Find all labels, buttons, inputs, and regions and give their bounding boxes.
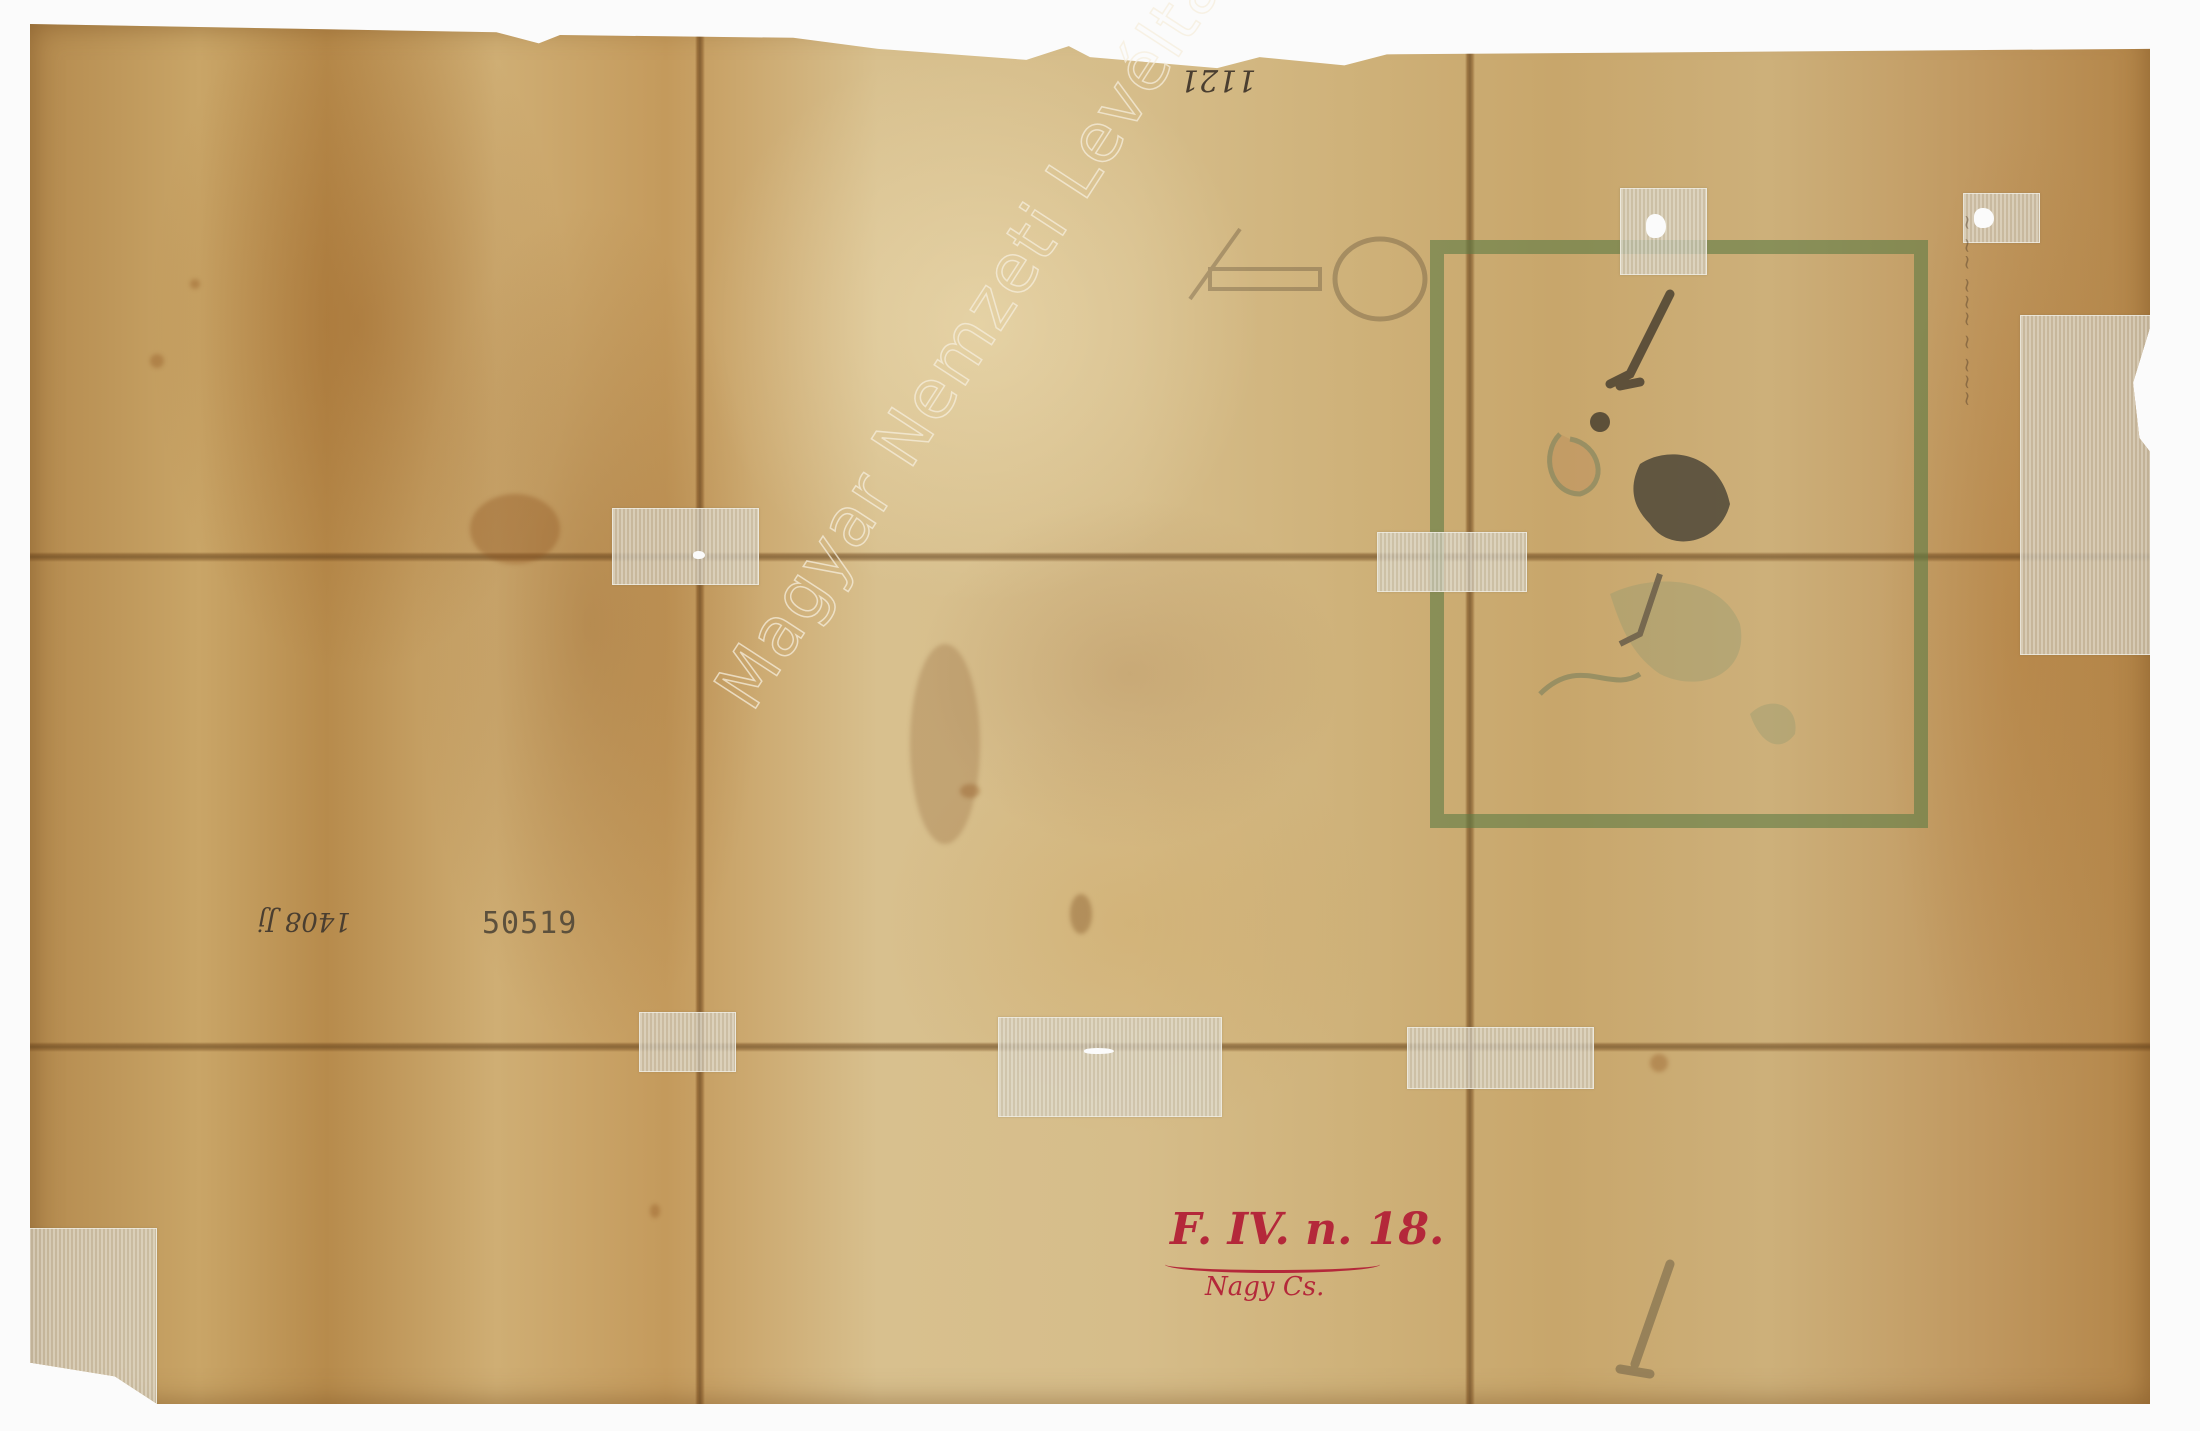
spot-stain xyxy=(1650,1054,1668,1072)
inscription-pencil-date: 1408 Jj xyxy=(258,906,351,936)
parchment-sheet: 1121 1408 Jj 50519 F. IV. n. 18. Nagy Cs… xyxy=(30,24,2150,1404)
show-through-initial-icon xyxy=(1150,209,1450,349)
spot-stain xyxy=(650,1204,660,1218)
spot-stain xyxy=(1070,894,1092,934)
archive-signature: F. IV. n. 18. xyxy=(1170,1204,1444,1255)
tape-repair xyxy=(998,1017,1222,1117)
ink-stroke-mark-icon xyxy=(1590,1254,1710,1404)
spot-stain xyxy=(150,354,164,368)
water-stain xyxy=(910,644,980,844)
tape-repair xyxy=(612,508,759,585)
tape-repair xyxy=(1407,1027,1594,1089)
signature-underline xyxy=(1165,1256,1380,1273)
spot-stain xyxy=(190,279,200,289)
tape-repair xyxy=(1377,532,1527,592)
tape-repair xyxy=(1620,188,1707,275)
fold-line-vertical xyxy=(695,24,705,1404)
rust-stain xyxy=(470,494,560,564)
coat-of-arms-sketch-icon xyxy=(1520,274,1880,794)
tape-repair xyxy=(639,1012,736,1072)
spot-stain xyxy=(960,784,980,798)
margin-note: ~ ~~ ~~~ ~ ~~~ xyxy=(1956,214,1980,407)
tape-repair-edge xyxy=(2020,315,2157,655)
tape-repair-corner xyxy=(20,1228,157,1415)
archive-stamp-number: 50519 xyxy=(482,906,577,941)
archive-signature-name: Nagy Cs. xyxy=(1205,1272,1324,1302)
